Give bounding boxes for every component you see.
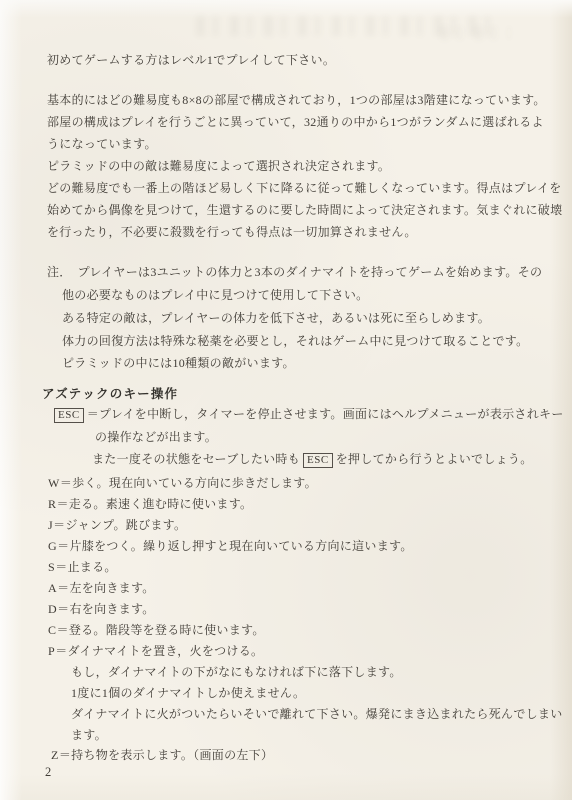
- esc-key-box: ESC: [303, 453, 333, 468]
- overview-line: どの難易度でも一番上の階ほど易しく下に降るに従って難しくなっています。得点はプレ…: [47, 181, 562, 195]
- key-description: ＝登る。階段等を登る時に使います。: [57, 623, 265, 637]
- key-description: ＝ジャンプ。跳びます。: [53, 518, 186, 532]
- overview-line: 基本的にはどの難易度も8×8の部屋で構成されており，1つの部屋は3階建になってい…: [47, 93, 546, 107]
- key-line: J＝ジャンプ。跳びます。: [48, 518, 186, 532]
- bleed-through-smudge: [440, 26, 510, 40]
- key-description: ＝左を向きます。: [57, 581, 154, 595]
- esc-line-2: の操作などが出ます。: [95, 430, 217, 444]
- overview-line: を行ったり，不必要に殺戮を行っても得点は一切加算されません。: [47, 225, 417, 239]
- key-line: R＝走る。素速く進む時に使います。: [48, 497, 252, 511]
- esc-line-1: ESC＝プレイを中断し，タイマーを停止させます。画面にはヘルプメニューが表示され…: [54, 407, 564, 423]
- overview-line: ピラミッドの中の敵は難易度によって選択され決定されます。: [47, 159, 390, 173]
- key-description: ＝片膝をつく。繰り返し押すと現在向いている方向に這います。: [57, 539, 413, 553]
- key-description: ＝持ち物を表示します。（画面の左下）: [59, 748, 273, 762]
- p-note-line: ダイナマイトに火がついたらいそいで離れて下さい。爆発にまき込まれたら死んでしまい: [71, 707, 563, 721]
- key-description: ＝走る。素速く進む時に使います。: [57, 497, 253, 511]
- overview-line: 始めてから偶像を見つけて，生還するのに要した時間によって決定されます。気まぐれに…: [47, 203, 562, 217]
- key-letter: Z: [51, 748, 59, 762]
- key-line: W＝歩く。現在向いている方向に歩きだします。: [48, 476, 317, 490]
- p-note-line: もし，ダイナマイトの下がなにもなければ下に落下します。: [71, 665, 402, 679]
- key-line: G＝片膝をつく。繰り返し押すと現在向いている方向に這います。: [48, 539, 413, 553]
- key-description: ＝ダイナマイトを置き，火をつける。: [55, 644, 263, 658]
- note-line: 他の必要なものはプレイ中に見つけて使用して下さい。: [62, 288, 368, 302]
- note-line: 体力の回復方法は特殊な秘薬を必要とし，それはゲーム中に見つけて取ることです。: [62, 334, 528, 348]
- overview-line: うになっています。: [47, 137, 157, 151]
- p-note-line: ます。: [71, 728, 107, 742]
- esc-line-3-before: また一度その状態をセーブしたい時も: [92, 452, 300, 466]
- note-text: プレイヤーは3ユニットの体力と3本のダイナマイトを持ってゲームを始めます。その: [78, 265, 543, 279]
- bleed-through-smudge: [196, 16, 496, 36]
- p-note-line: 1度に1個のダイナマイトしか使えません。: [71, 686, 305, 700]
- key-letter: W: [48, 476, 60, 490]
- key-letter: R: [48, 497, 57, 511]
- note-line: ピラミッドの中には10種類の敵がいます。: [62, 356, 295, 370]
- key-line: A＝左を向きます。: [48, 581, 155, 595]
- key-letter: D: [48, 602, 57, 616]
- overview-line: 部屋の構成はプレイを行うごとに異っていて，32通りの中から1つがランダムに選ばれ…: [47, 115, 544, 129]
- key-letter: G: [48, 539, 57, 553]
- intro-line: 初めてゲームする方はレベル1でプレイして下さい。: [47, 53, 335, 67]
- esc-key-box: ESC: [54, 408, 84, 423]
- key-line: Z＝持ち物を表示します。（画面の左下）: [51, 748, 273, 762]
- key-line: P＝ダイナマイトを置き，火をつける。: [48, 644, 263, 658]
- esc-line-1-text: ＝プレイを中断し，タイマーを停止させます。画面にはヘルプメニューが表示されキー: [87, 407, 564, 421]
- note-line: ある特定の敵は，プレイヤーの体力を低下させ，あるいは死に至らしめます。: [62, 311, 490, 325]
- key-description: ＝歩く。現在向いている方向に歩きだします。: [60, 476, 317, 490]
- note-line: 注．プレイヤーは3ユニットの体力と3本のダイナマイトを持ってゲームを始めます。そ…: [47, 265, 542, 279]
- key-description: ＝止まる。: [55, 560, 117, 574]
- manual-page: 初めてゲームする方はレベル1でプレイして下さい。 基本的にはどの難易度も8×8の…: [0, 0, 572, 800]
- section-heading: アズテックのキー操作: [42, 387, 178, 401]
- esc-line-3-after: を押してから行うとよいでしょう。: [336, 452, 533, 466]
- key-line: S＝止まる。: [48, 560, 117, 574]
- page-number: 2: [45, 765, 51, 779]
- key-letter: C: [48, 623, 57, 637]
- key-description: ＝右を向きます。: [57, 602, 154, 616]
- note-label: 注．: [47, 265, 72, 279]
- key-line: C＝登る。階段等を登る時に使います。: [48, 623, 265, 637]
- esc-line-3: また一度その状態をセーブしたい時もESCを押してから行うとよいでしょう。: [92, 452, 533, 468]
- key-line: D＝右を向きます。: [48, 602, 155, 616]
- key-letter: A: [48, 581, 57, 595]
